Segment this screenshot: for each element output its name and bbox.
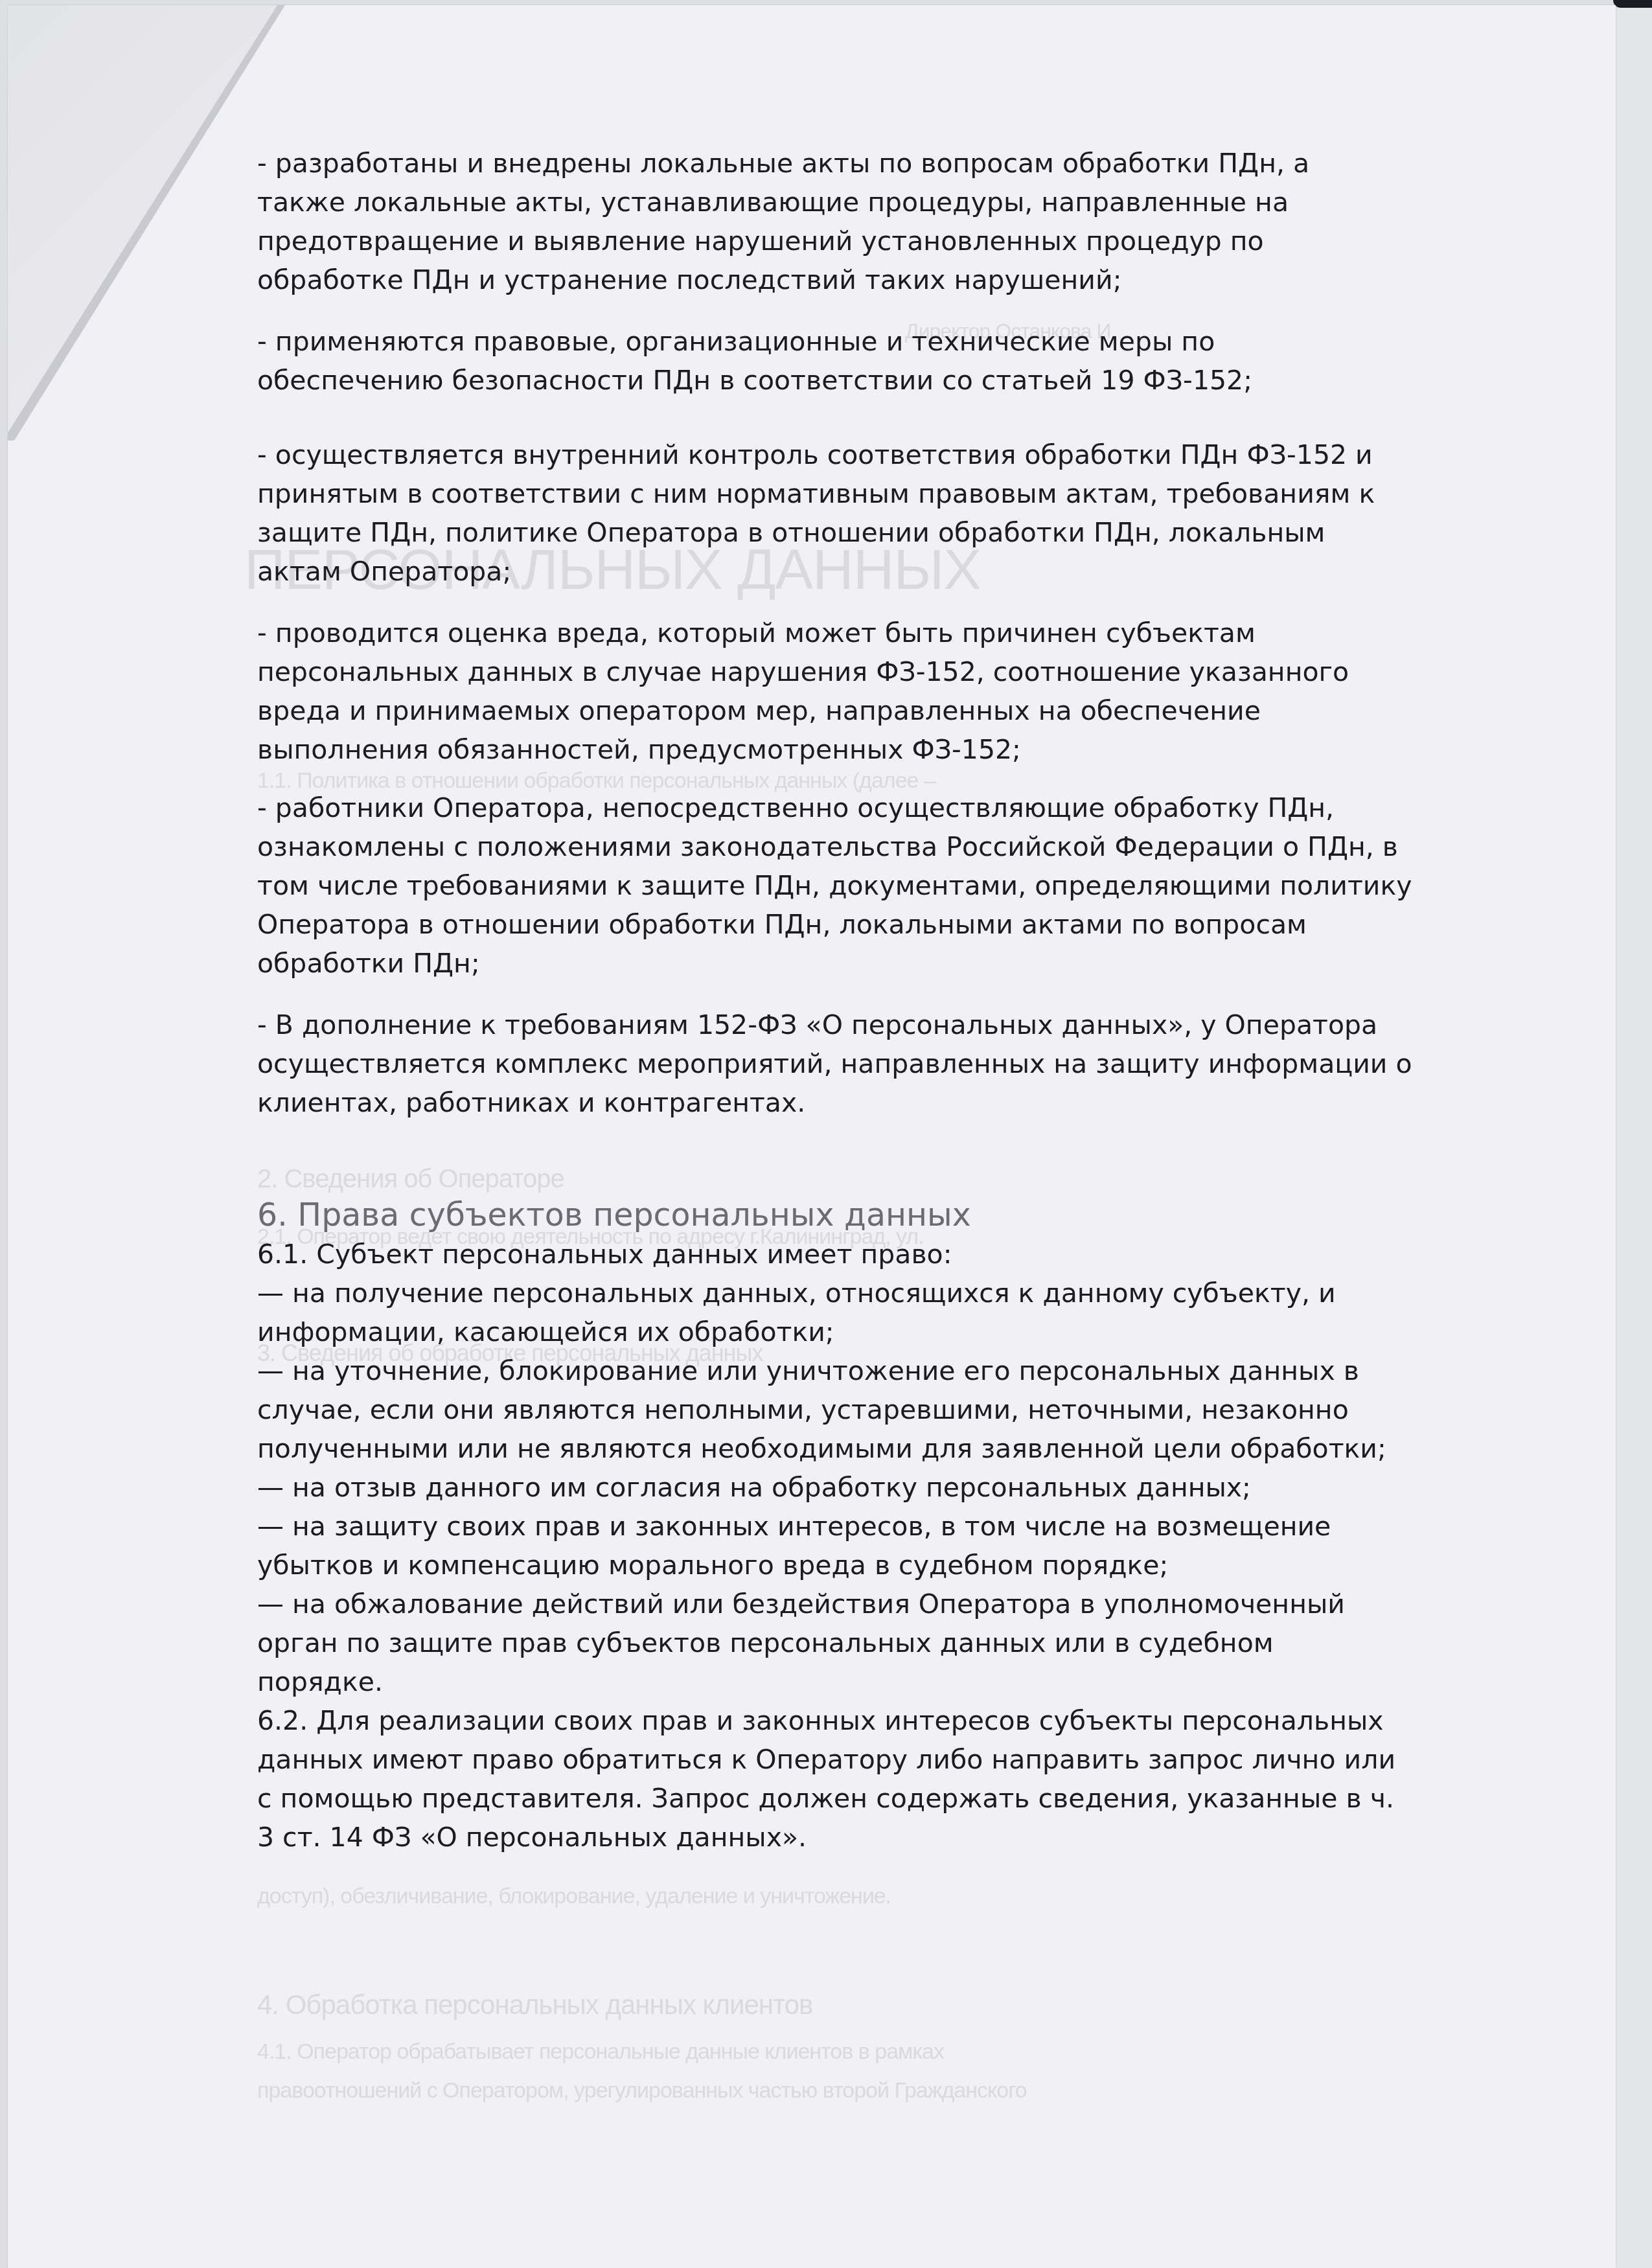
text-line: также локальные акты, устанавливающие пр…	[257, 183, 1289, 222]
text-line: выполнения обязанностей, предусмотренных…	[257, 730, 1021, 769]
bleed-through-text: 4.1. Оператор обрабатывает персональные …	[257, 2039, 944, 2065]
text-line: обработке ПДн и устранение последствий т…	[257, 260, 1121, 299]
text-line: — на получение персональных данных, отно…	[257, 1274, 1336, 1312]
text-line: обеспечению безопасности ПДн в соответст…	[257, 361, 1252, 400]
text-line: Оператора в отношении обработки ПДн, лок…	[257, 905, 1307, 944]
text-line: ознакомлены с положениями законодательст…	[257, 827, 1398, 866]
section-heading: 6. Права субъектов персональных данных	[257, 1194, 971, 1237]
text-line: обработки ПДн;	[257, 944, 480, 983]
text-line: с помощью представителя. Запрос должен с…	[257, 1779, 1394, 1818]
text-line: 6.2. Для реализации своих прав и законны…	[257, 1701, 1384, 1740]
bleed-through-text: 4. Обработка персональных данных клиенто…	[257, 1989, 812, 2021]
bleed-through-text: правоотношений с Оператором, урегулирова…	[257, 2078, 1027, 2103]
text-line: - осуществляется внутренний контроль соо…	[257, 435, 1373, 474]
text-line: информации, касающейся их обработки;	[257, 1312, 834, 1351]
scanner-lid-edge	[1613, 0, 1652, 8]
text-line: порядке.	[257, 1662, 383, 1701]
text-line: вреда и принимаемых оператором мер, напр…	[257, 691, 1261, 730]
text-line: осуществляется комплекс мероприятий, нап…	[257, 1044, 1412, 1083]
text-line: предотвращение и выявление нарушений уст…	[257, 222, 1264, 260]
text-line: — на отзыв данного им согласия на обрабо…	[257, 1468, 1251, 1507]
text-line: - разработаны и внедрены локальные акты …	[257, 144, 1309, 183]
text-line: убытков и компенсацию морального вреда в…	[257, 1546, 1168, 1585]
text-line: — на обжалование действий или бездействи…	[257, 1585, 1345, 1623]
text-line: — на защиту своих прав и законных интере…	[257, 1507, 1331, 1546]
text-line: данных имеют право обратиться к Оператор…	[257, 1740, 1395, 1779]
text-line: 3 ст. 14 ФЗ «О персональных данных».	[257, 1818, 807, 1857]
text-line: 6.1. Субъект персональных данных имеет п…	[257, 1235, 952, 1274]
text-line: том числе требованиями к защите ПДн, док…	[257, 866, 1412, 905]
text-line: — на уточнение, блокирование или уничтож…	[257, 1351, 1359, 1390]
text-line: - работники Оператора, непосредственно о…	[257, 788, 1334, 827]
text-line: орган по защите прав субъектов персональ…	[257, 1623, 1274, 1662]
text-line: защите ПДн, политике Оператора в отношен…	[257, 513, 1325, 552]
text-line: полученными или не являются необходимыми…	[257, 1429, 1386, 1468]
text-line: случае, если они являются неполными, уст…	[257, 1390, 1349, 1429]
bleed-through-text: 2. Сведения об Операторе	[257, 1165, 564, 1194]
text-line: персональных данных в случае нарушения Ф…	[257, 652, 1349, 691]
bleed-through-text: доступ), обезличивание, блокирование, уд…	[257, 1884, 891, 1909]
text-line: - применяются правовые, организационные …	[257, 322, 1215, 361]
text-line: клиентах, работниках и контрагентах.	[257, 1083, 805, 1122]
scanner-edge-strip	[1614, 0, 1652, 2268]
text-line: принятым в соответствии с ним нормативны…	[257, 474, 1375, 513]
text-line: - В дополнение к требованиям 152-ФЗ «О п…	[257, 1005, 1377, 1044]
text-line: - проводится оценка вреда, который может…	[257, 613, 1256, 652]
text-line: актам Оператора;	[257, 552, 511, 591]
